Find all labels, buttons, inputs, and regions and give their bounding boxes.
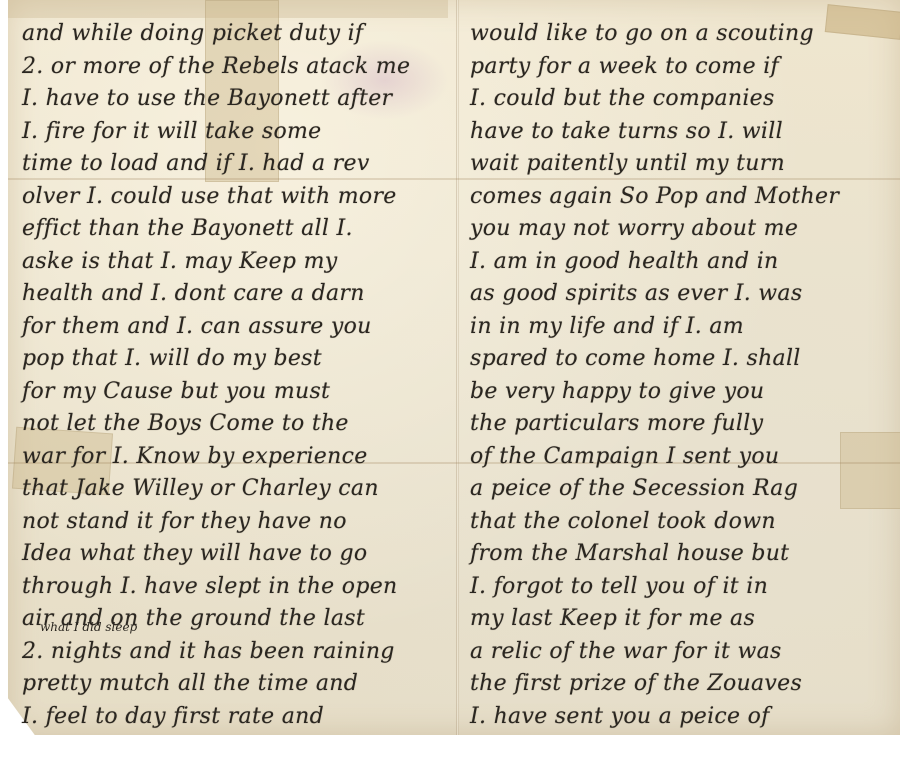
- handwritten-line: spared to come home I. shall: [470, 343, 895, 376]
- handwritten-line: you may not worry about me: [470, 213, 895, 246]
- handwritten-line: Idea what they will have to go: [22, 538, 462, 571]
- handwritten-line: effict than the Bayonett all I.: [22, 213, 462, 246]
- handwritten-line: 2. nights and it has been raining: [22, 636, 462, 669]
- right-page-text: would like to go on a scouting party for…: [470, 18, 895, 733]
- handwritten-line: my last Keep it for me as: [470, 603, 895, 636]
- handwritten-line: of the Campaign I sent you: [470, 441, 895, 474]
- handwritten-line: as good spirits as ever I. was: [470, 278, 895, 311]
- handwritten-line: I. have sent you a peice of: [470, 701, 895, 734]
- handwritten-line: for them and I. can assure you: [22, 311, 462, 344]
- handwritten-line: from the Marshal house but: [470, 538, 895, 571]
- handwritten-line: party for a week to come if: [470, 51, 895, 84]
- handwritten-line: I. am in good health and in: [470, 246, 895, 279]
- handwritten-line: that the colonel took down: [470, 506, 895, 539]
- handwritten-line: a peice of the Secession Rag: [470, 473, 895, 506]
- handwritten-line: war for I. Know by experience: [22, 441, 462, 474]
- handwritten-line: pretty mutch all the time and: [22, 668, 462, 701]
- handwritten-line: for my Cause but you must: [22, 376, 462, 409]
- handwritten-line: that Jake Willey or Charley can: [22, 473, 462, 506]
- handwritten-line: olver I. could use that with more: [22, 181, 462, 214]
- handwritten-line: through I. have slept in the open: [22, 571, 462, 604]
- handwritten-line: a relic of the war for it was: [470, 636, 895, 669]
- handwritten-line: would like to go on a scouting: [470, 18, 895, 51]
- handwritten-line: I. have to use the Bayonett after: [22, 83, 462, 116]
- handwritten-line: in in my life and if I. am: [470, 311, 895, 344]
- handwritten-line: pop that I. will do my best: [22, 343, 462, 376]
- handwritten-line: I. forgot to tell you of it in: [470, 571, 895, 604]
- handwritten-line: aske is that I. may Keep my: [22, 246, 462, 279]
- handwritten-line: not let the Boys Come to the: [22, 408, 462, 441]
- handwritten-line: the first prize of the Zouaves: [470, 668, 895, 701]
- handwritten-line: the particulars more fully: [470, 408, 895, 441]
- handwritten-line: comes again So Pop and Mother: [470, 181, 895, 214]
- handwritten-line: health and I. dont care a darn: [22, 278, 462, 311]
- handwritten-line: I. could but the companies: [470, 83, 895, 116]
- handwritten-line: 2. or more of the Rebels atack me: [22, 51, 462, 84]
- handwritten-line: time to load and if I. had a rev: [22, 148, 462, 181]
- handwritten-line: have to take turns so I. will: [470, 116, 895, 149]
- handwritten-line: I. feel to day first rate and: [22, 701, 462, 734]
- handwritten-line: not stand it for they have no: [22, 506, 462, 539]
- handwritten-line: be very happy to give you: [470, 376, 895, 409]
- handwritten-line: I. fire for it will take some: [22, 116, 462, 149]
- handwritten-line: and while doing picket duty if: [22, 18, 462, 51]
- interlinear-note: what I did sleep: [40, 620, 137, 634]
- handwritten-line: wait paitently until my turn: [470, 148, 895, 181]
